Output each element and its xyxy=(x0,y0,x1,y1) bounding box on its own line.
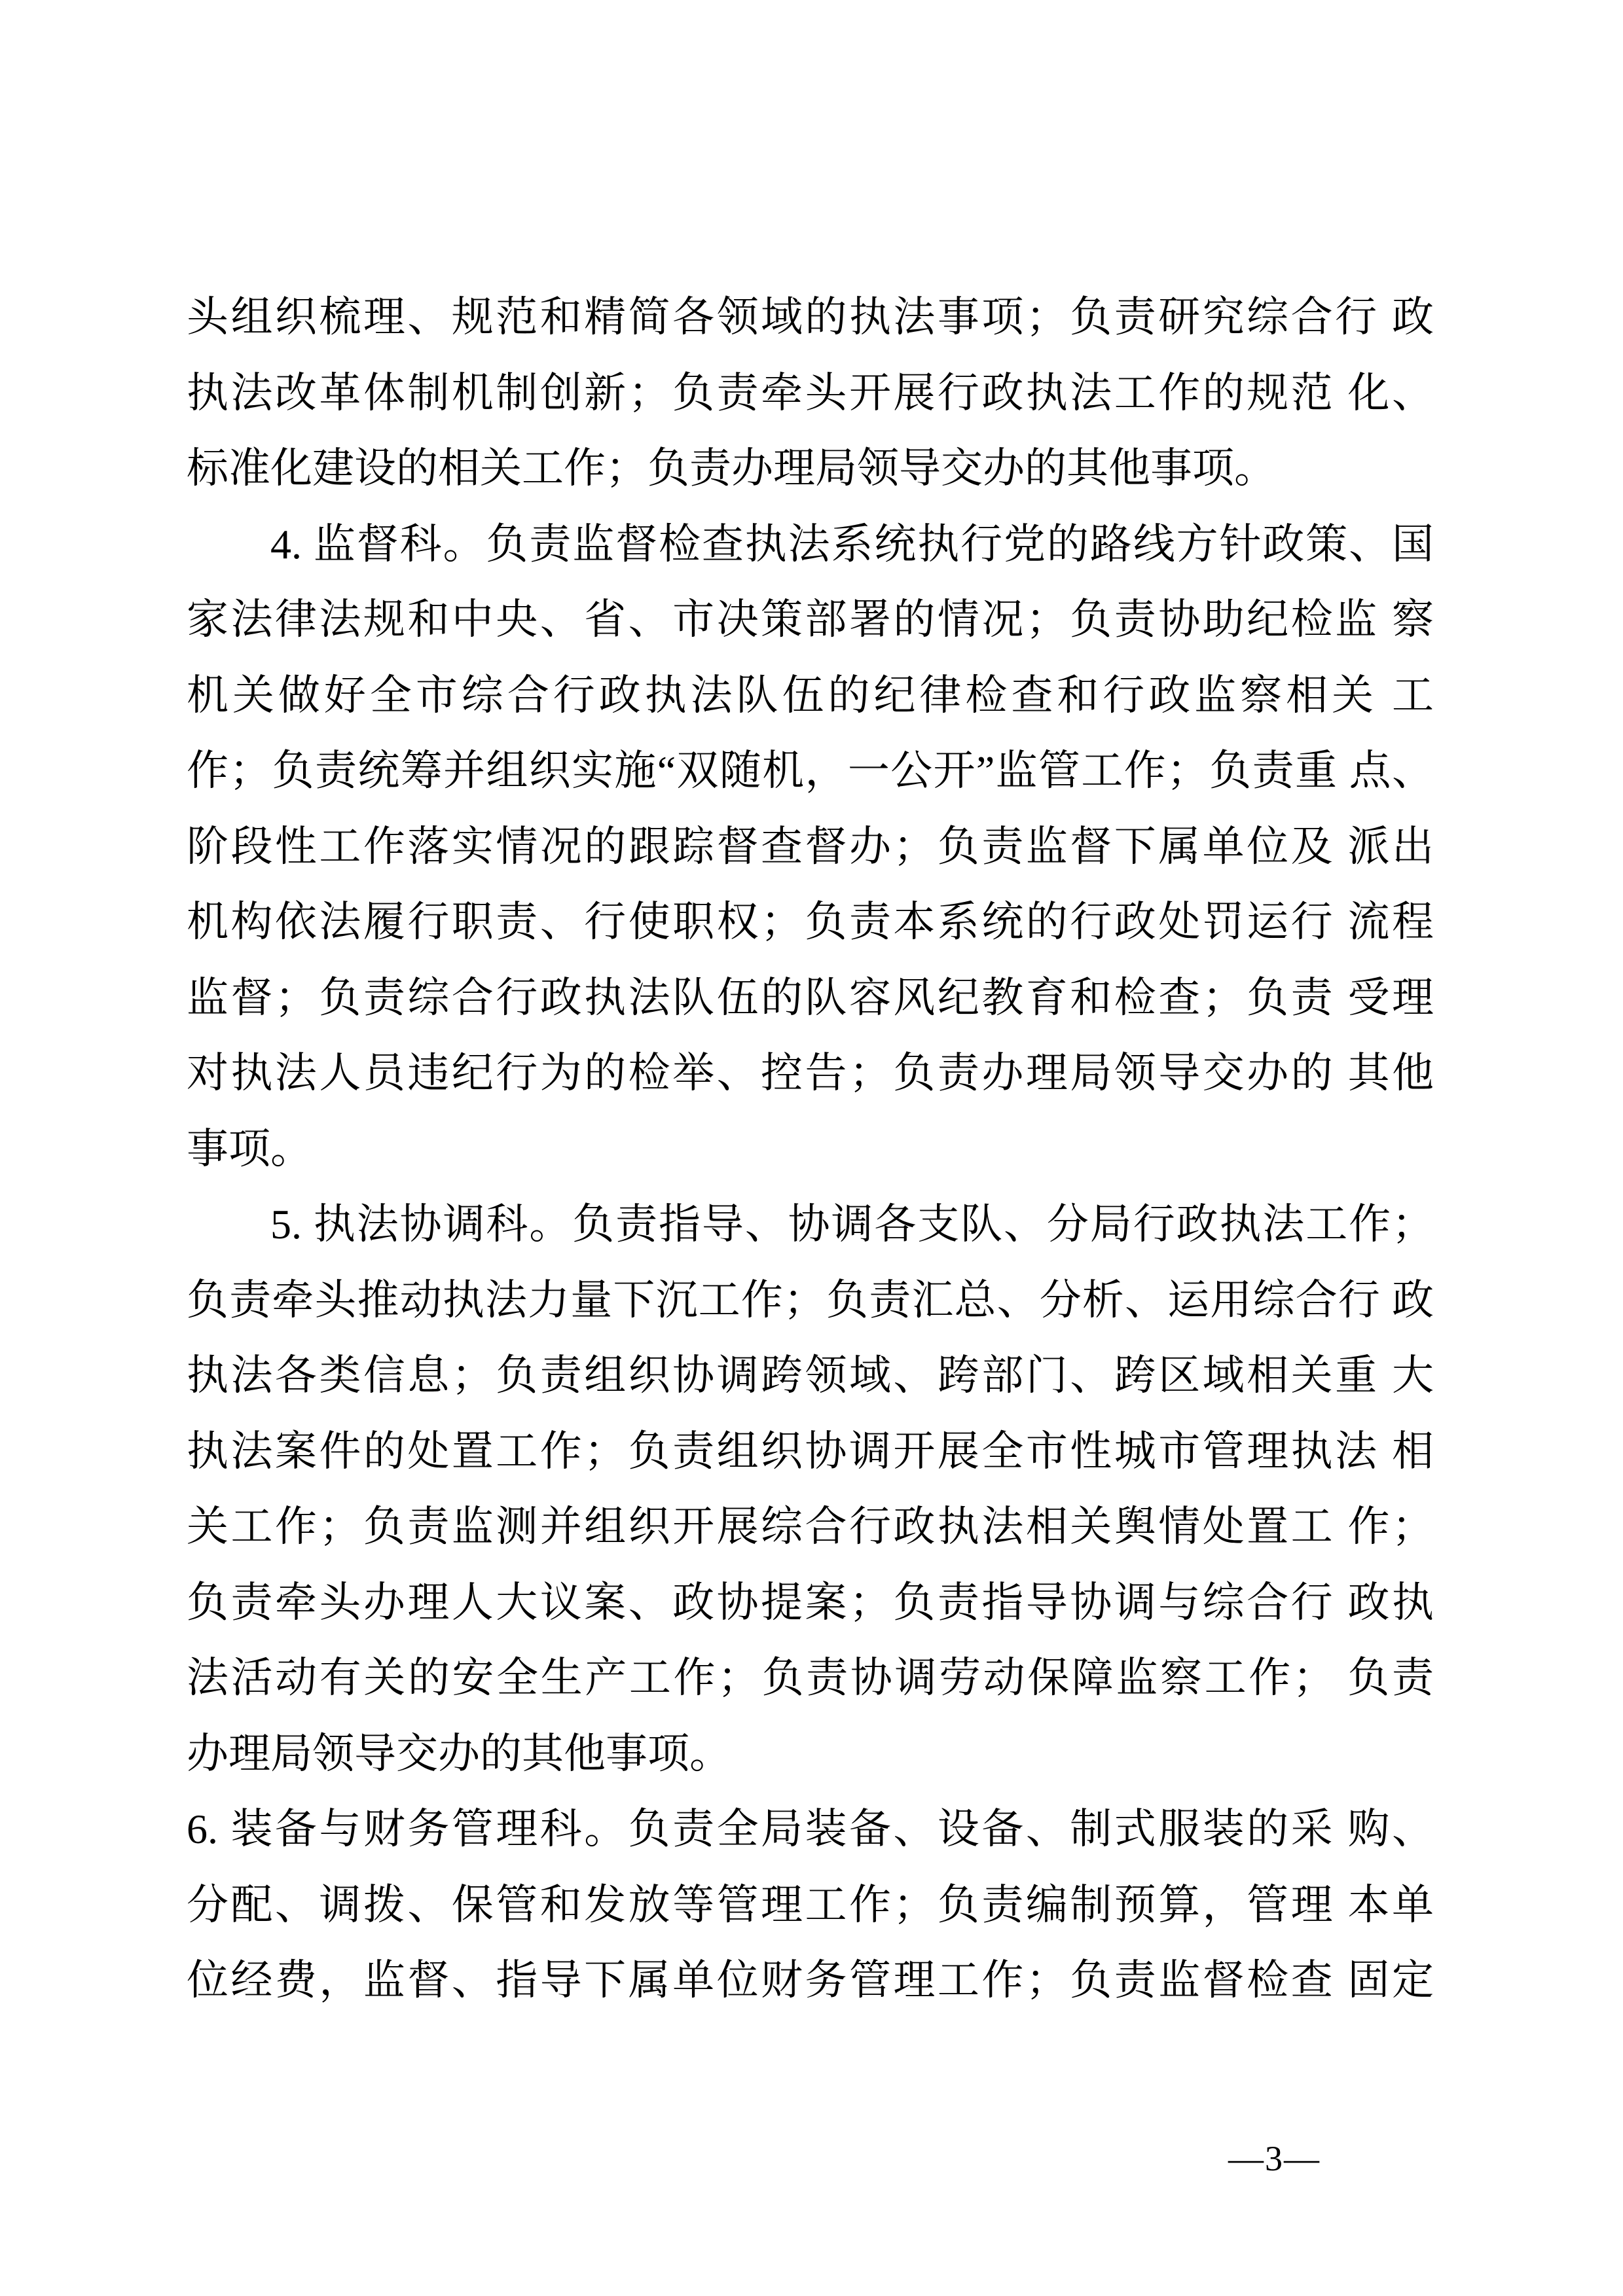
text-line: 6. 装备与财务管理科。负责全局装备、设备、制式服装的采 购、 xyxy=(187,1791,1434,1867)
text-line: 5. 执法协调科。负责指导、协调各支队、分局行政执法工作； xyxy=(187,1187,1434,1263)
text-line: 家法律法规和中央、省、市决策部署的情况；负责协助纪检监 察 xyxy=(187,582,1434,658)
text-line: 关工作；负责监测并组织开展综合行政执法相关舆情处置工 作； xyxy=(187,1489,1434,1565)
text-line: 标准化建设的相关工作；负责办理局领导交办的其他事项。 xyxy=(187,431,1434,507)
text-line: 监督；负责综合行政执法队伍的队容风纪教育和检查；负责 受理 xyxy=(187,960,1434,1036)
text-line: 执法各类信息；负责组织协调跨领域、跨部门、跨区域相关重 大 xyxy=(187,1338,1434,1414)
text-line: 执法改革体制机制创新；负责牵头开展行政执法工作的规范 化、 xyxy=(187,355,1434,431)
text-line: 对执法人员违纪行为的检举、控告；负责办理局领导交办的 其他 xyxy=(187,1035,1434,1111)
page-footer: —3— xyxy=(1228,2129,1321,2188)
document-body: 头组织梳理、规范和精简各领域的执法事项；负责研究综合行 政执法改革体制机制创新；… xyxy=(187,279,1434,2018)
text-line: 事项。 xyxy=(187,1111,1434,1187)
text-line: 负责牵头办理人大议案、政协提案；负责指导协调与综合行 政执 xyxy=(187,1565,1434,1641)
text-line: 阶段性工作落实情况的跟踪督查督办；负责监督下属单位及 派出 xyxy=(187,809,1434,885)
text-line: 分配、调拨、保管和发放等管理工作；负责编制预算，管理 本单 xyxy=(187,1867,1434,1943)
text-line: 机关做好全市综合行政执法队伍的纪律检查和行政监察相关 工 xyxy=(187,658,1434,734)
text-line: 执法案件的处置工作；负责组织协调开展全市性城市管理执法 相 xyxy=(187,1414,1434,1490)
text-line: 4. 监督科。负责监督检查执法系统执行党的路线方针政策、国 xyxy=(187,507,1434,583)
text-line: 头组织梳理、规范和精简各领域的执法事项；负责研究综合行 政 xyxy=(187,279,1434,355)
document-page: 头组织梳理、规范和精简各领域的执法事项；负责研究综合行 政执法改革体制机制创新；… xyxy=(0,0,1623,2296)
text-line: 负责牵头推动执法力量下沉工作；负责汇总、分析、运用综合行 政 xyxy=(187,1263,1434,1338)
text-line: 办理局领导交办的其他事项。 xyxy=(187,1716,1434,1792)
text-line: 法活动有关的安全生产工作；负责协调劳动保障监察工作； 负责 xyxy=(187,1640,1434,1716)
page-number: —3— xyxy=(1228,2139,1321,2178)
text-line: 作；负责统筹并组织实施“双随机，一公开”监管工作；负责重 点、 xyxy=(187,733,1434,809)
text-line: 机构依法履行职责、行使职权；负责本系统的行政处罚运行 流程 xyxy=(187,884,1434,960)
text-line: 位经费，监督、指导下属单位财务管理工作；负责监督检查 固定 xyxy=(187,1943,1434,2018)
